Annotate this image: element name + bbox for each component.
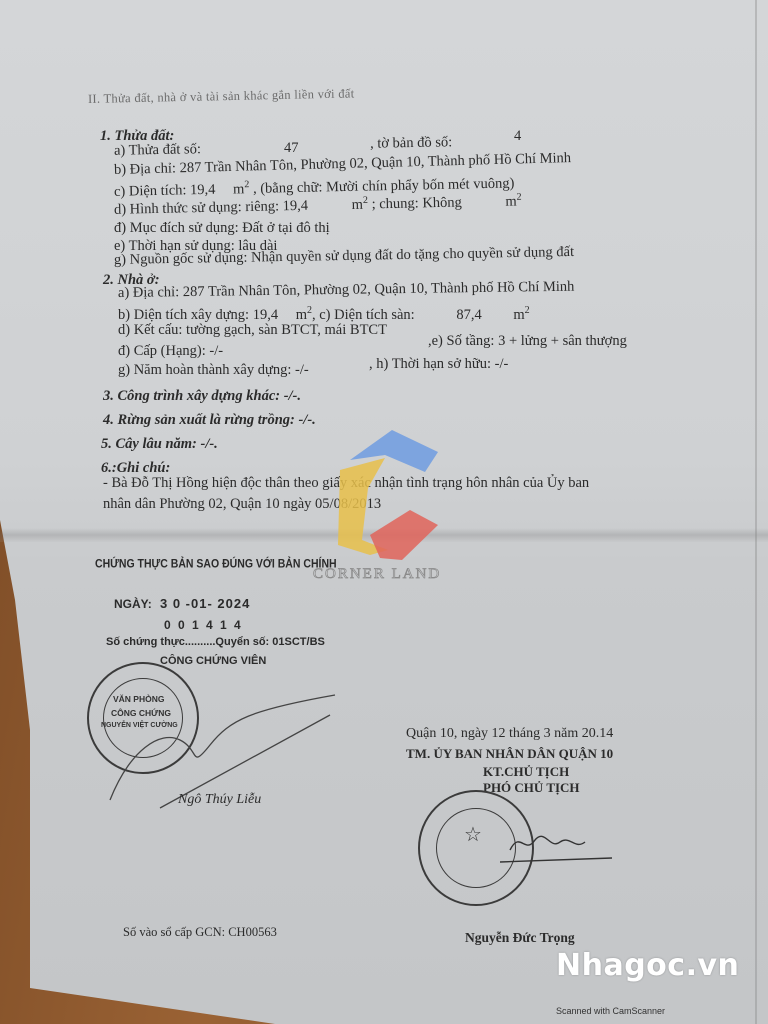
issuer-org: TM. ỦY BAN NHÂN DÂN QUẬN 10: [406, 746, 613, 762]
registry-number: Số vào sổ cấp GCN: CH00563: [123, 925, 277, 940]
corner-land-logo-icon: [330, 430, 440, 560]
notary-label: CÔNG CHỨNG VIÊN: [160, 655, 266, 667]
house-year-built: g) Năm hoàn thành xây dựng: -/-: [118, 362, 309, 379]
notary-signer: Ngô Thúy Liễu: [178, 792, 261, 808]
nhagoc-watermark: Nhagoc.vn: [556, 948, 739, 983]
issuer-signature-icon: [500, 820, 620, 870]
perennial: 5. Cây lâu năm: -/-.: [101, 436, 218, 453]
camscanner-label: Scanned with CamScanner: [556, 1006, 665, 1016]
cert-date-label: NGÀY:: [114, 597, 152, 611]
star-icon: ☆: [464, 822, 482, 847]
certification-title: CHỨNG THỰC BẢN SAO ĐÚNG VỚI BẢN CHÍNH: [95, 557, 337, 571]
issuer-signer: Nguyễn Đức Trọng: [465, 930, 575, 946]
cert-book-line: Số chứng thực..........Quyển số: 01SCT/B…: [106, 636, 325, 648]
map-label: , tờ bản đồ số:: [370, 134, 452, 152]
house-structure: d) Kết cấu: tường gạch, sàn BTCT, mái BT…: [118, 322, 387, 339]
other-works: 3. Công trình xây dựng khác: -/-.: [103, 388, 301, 405]
issuer-place-date: Quận 10, ngày 12 tháng 3 năm 20.14: [406, 726, 613, 742]
house-ownership-term: , h) Thời hạn sở hữu: -/-: [369, 356, 508, 373]
house-floors: ,e) Số tầng: 3 + lửng + sân thượng: [428, 333, 627, 350]
land-purpose: đ) Mục đích sử dụng: Đất ở tại đô thị: [114, 220, 330, 237]
house-build-area: b) Diện tích xây dựng: 19,4 m2, c) Diện …: [118, 305, 530, 324]
parcel-no: 47: [284, 140, 299, 157]
cert-date-value: 3 0 -01- 2024: [160, 596, 250, 611]
forest: 4. Rừng sản xuất là rừng trồng: -/-.: [103, 412, 316, 429]
parcel-label: a) Thửa đất số:: [114, 141, 201, 160]
map-no: 4: [514, 128, 521, 145]
house-grade: đ) Cấp (Hạng): -/-: [118, 343, 223, 360]
cert-number: 0 0 1 4 1 4: [164, 618, 243, 632]
paper-edge: [755, 0, 757, 1024]
issuer-role-1: KT.CHỦ TỊCH: [483, 764, 569, 780]
